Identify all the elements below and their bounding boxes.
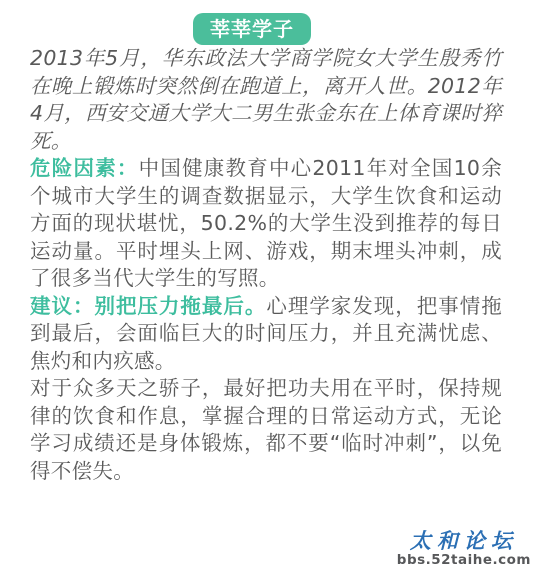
paragraph-anecdote: 2013年5月，华东政法大学商学院女大学生殷秀竹在晚上锻炼时突然倒在跑道上，离开… [30,45,502,155]
risk-factors-label: 危险因素： [30,156,139,180]
section-title-badge: 莘莘学子 [193,13,311,45]
advice-label: 建议：别把压力拖最后。 [30,294,266,318]
paragraph-advice: 建议：别把压力拖最后。心理学家发现，把事情拖到最后，会面临巨大的时间压力，并且充… [30,293,502,376]
article-page: 莘莘学子 2013年5月，华东政法大学商学院女大学生殷秀竹在晚上锻炼时突然倒在跑… [0,0,536,571]
paragraph-conclusion: 对于众多天之骄子，最好把功夫用在平时，保持规律的饮食和作息，掌握合理的日常运动方… [30,375,502,485]
conclusion-text: 对于众多天之骄子，最好把功夫用在平时，保持规律的饮食和作息，掌握合理的日常运动方… [30,376,502,483]
paragraph-anecdote-text: 2013年5月，华东政法大学商学院女大学生殷秀竹在晚上锻炼时突然倒在跑道上，离开… [30,46,502,153]
forum-watermark-url: bbs.52taihe.com [397,553,531,567]
forum-watermark-title: 太和论坛 [397,530,531,552]
forum-watermark: 太和论坛 bbs.52taihe.com [389,527,536,569]
paragraph-risk-factors: 危险因素：中国健康教育中心2011年对全国10余个城市大学生的调查数据显示，大学… [30,155,502,293]
article-content: 莘莘学子 2013年5月，华东政法大学商学院女大学生殷秀竹在晚上锻炼时突然倒在跑… [0,0,536,485]
